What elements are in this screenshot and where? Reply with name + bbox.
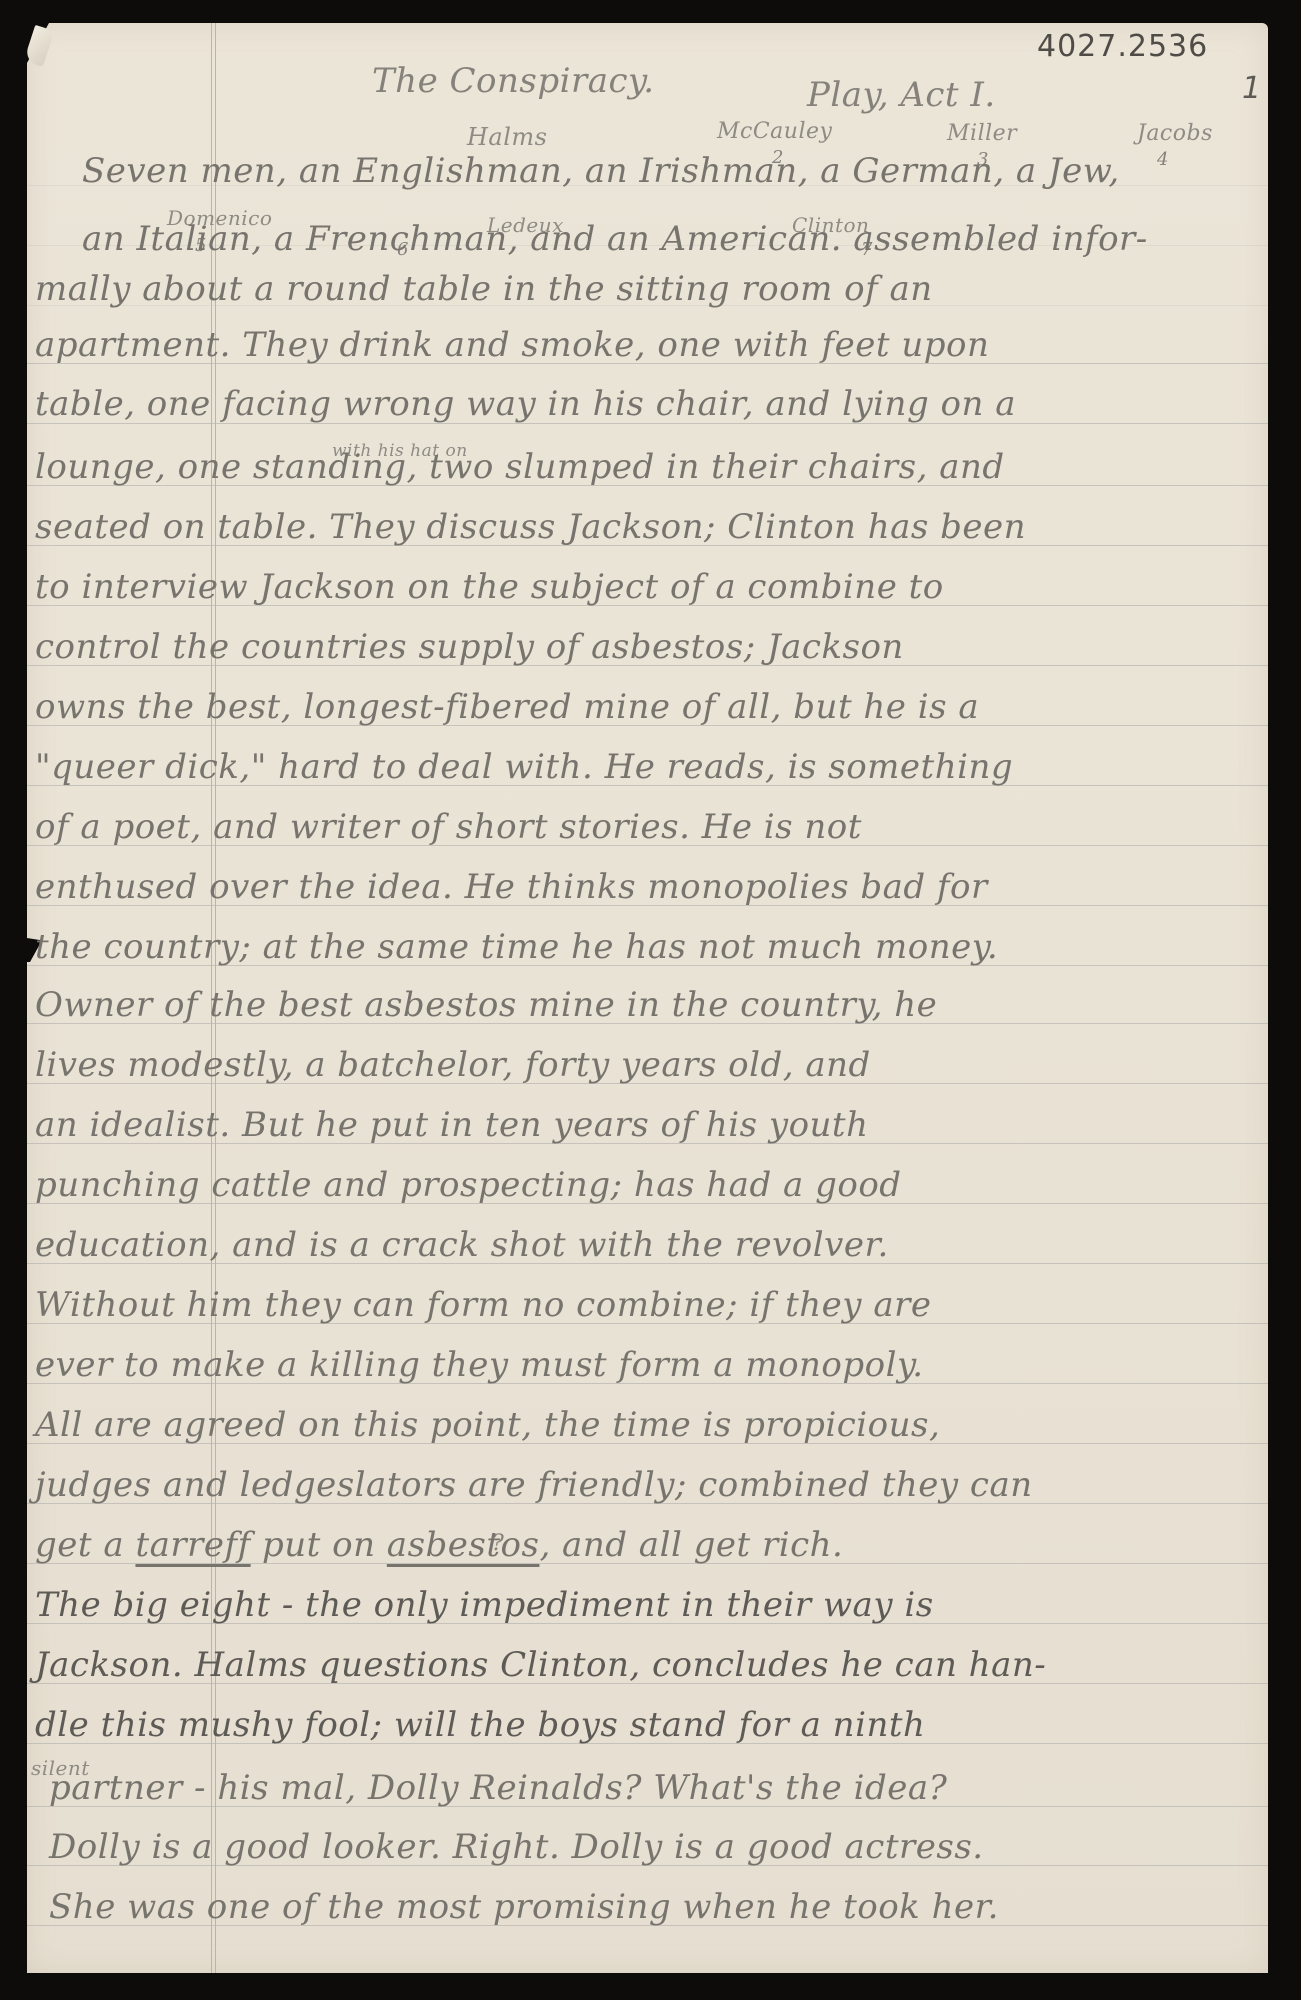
character-name: McCauley [717,119,832,144]
text-line: Without him they can form no combine; if… [35,1285,931,1325]
text-line: ever to make a killing they must form a … [35,1345,924,1385]
text-line: Dolly is a good looker. Right. Dolly is … [49,1827,984,1867]
text-line: table, one facing wrong way in his chair… [35,384,1016,424]
character-name: Jacobs [1137,121,1213,146]
text-line: All are agreed on this point, the time i… [35,1405,940,1445]
character-name: Halms [467,123,548,151]
text-line-tariff: get a tarreff put on asbestos, and all g… [35,1525,843,1565]
text-line: enthused over the idea. He thinks monopo… [35,867,988,907]
title: The Conspiracy. [372,61,655,101]
text-line: mally about a round table in the sitting… [35,269,933,309]
text-line: control the countries supply of asbestos… [35,627,904,667]
manuscript-page: 4027.2536 1 The Conspiracy. Play, Act I.… [27,23,1268,1973]
text-line: The big eight - the only impediment in t… [35,1585,934,1625]
text-segment: get a [35,1525,135,1565]
text-line: seated on table. They discuss Jackson; C… [35,507,1026,547]
page-number: 1 [1242,71,1261,106]
subtitle: Play, Act I. [807,75,996,115]
text-segment: put on [251,1525,387,1565]
text-line: judges and ledgeslators are friendly; co… [35,1465,1033,1505]
text-line: Jackson. Halms questions Clinton, conclu… [35,1645,1046,1685]
text-line: Owner of the best asbestos mine in the c… [35,985,937,1025]
text-line: to interview Jackson on the subject of a… [35,567,944,607]
text-line: dle this mushy fool; will the boys stand… [35,1705,925,1745]
text-line: education, and is a crack shot with the … [35,1225,889,1265]
accession-number: 4027.2536 [1037,29,1208,64]
text-line: the country; at the same time he has not… [35,927,998,967]
character-number: 4 [1157,149,1169,170]
underlined-word: tarreff [135,1525,250,1565]
text-line: lounge, one standing, two slumped in the… [35,447,1005,487]
character-name: Miller [947,121,1017,146]
text-line: an Italian, a Frenchman, and an American… [82,219,1148,259]
text-line: Seven men, an Englishman, an Irishman, a… [82,151,1120,191]
text-line: She was one of the most promising when h… [49,1887,999,1927]
text-line: punching cattle and prospecting; has had… [35,1165,902,1205]
text-line: partner - his mal, Dolly Reinalds? What'… [49,1768,947,1808]
text-line: an idealist. But he put in ten years of … [35,1105,869,1145]
text-line: of a poet, and writer of short stories. … [35,807,862,847]
text-line: apartment. They drink and smoke, one wit… [35,325,989,365]
text-line: owns the best, longest-fibered mine of a… [35,687,979,727]
text-line: lives modestly, a batchelor, forty years… [35,1045,871,1085]
text-segment: , and all get rich. [539,1525,843,1565]
text-line: "queer dick," hard to deal with. He read… [35,747,1013,787]
underlined-word: asbestos [387,1525,540,1565]
